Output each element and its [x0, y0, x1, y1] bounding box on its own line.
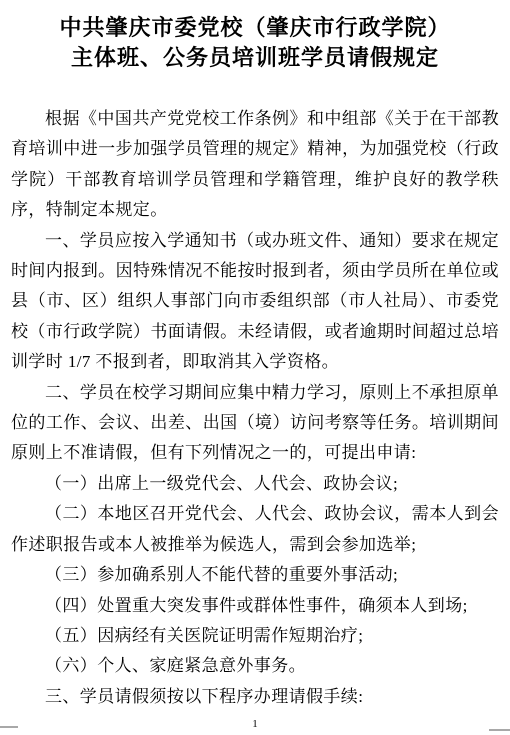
paragraph-article-2-item-1: （一）出席上一级党代会、人代会、政协会议; [11, 469, 499, 499]
document-page: 中共肇庆市委党校（肇庆市行政学院） 主体班、公务员培训班学员请假规定 根据《中国… [0, 0, 510, 735]
paragraph-article-2-item-2: （二）本地区召开党代会、人代会、政协会议，需本人到会作述职报告或本人被推举为候选… [11, 499, 499, 560]
paragraph-article-2: 二、学员在校学习期间应集中精力学习，原则上不承担原单位的工作、会议、出差、出国（… [11, 378, 499, 469]
paragraph-article-2-item-6: （六）个人、家庭紧急意外事务。 [11, 651, 499, 681]
paragraph-article-1: 一、学员应按入学通知书（或办班文件、通知）要求在规定时间内报到。因特殊情况不能按… [11, 226, 499, 378]
paragraph-preamble: 根据《中国共产党党校工作条例》和中组部《关于在干部教育培训中进一步加强学员管理的… [11, 104, 499, 226]
paragraph-article-2-item-5: （五）因病经有关医院证明需作短期治疗; [11, 621, 499, 651]
footer-separator-left [0, 726, 18, 728]
paragraph-article-3: 三、学员请假须按以下程序办理请假手续: [11, 682, 499, 712]
document-body: 根据《中国共产党党校工作条例》和中组部《关于在干部教育培训中进一步加强学员管理的… [11, 104, 499, 712]
title-line-2: 主体班、公务员培训班学员请假规定 [0, 43, 510, 73]
title-line-1: 中共肇庆市委党校（肇庆市行政学院） [0, 13, 510, 43]
paragraph-article-2-item-3: （三）参加确系别人不能代替的重要外事活动; [11, 560, 499, 590]
page-number: 1 [0, 718, 510, 730]
paragraph-article-2-item-4: （四）处置重大突发事件或群体性事件，确须本人到场; [11, 591, 499, 621]
document-title: 中共肇庆市委党校（肇庆市行政学院） 主体班、公务员培训班学员请假规定 [0, 0, 510, 73]
footer-separator-right [489, 729, 510, 731]
